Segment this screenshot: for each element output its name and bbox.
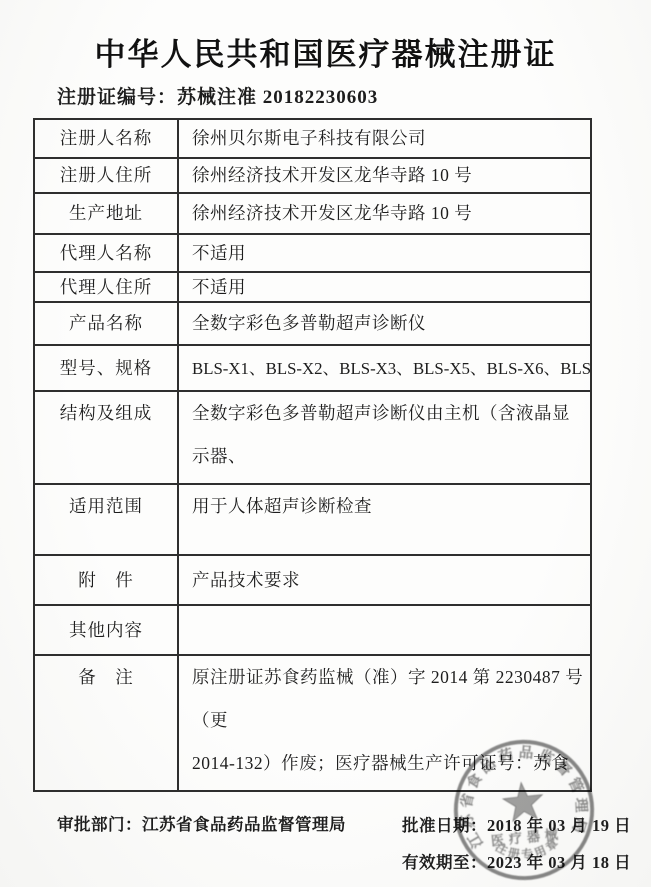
table-row: 型号、规格BLS-X1、BLS-X2、BLS-X3、BLS-X5、BLS-X6、… xyxy=(35,346,590,392)
row-label: 结构及组成 xyxy=(35,392,179,483)
table-row: 附 件产品技术要求 xyxy=(35,556,590,606)
row-value: 全数字彩色多普勒超声诊断仪 xyxy=(179,303,590,344)
row-value: 产品技术要求 xyxy=(179,556,590,604)
row-label-text: 附 件 xyxy=(78,559,134,602)
table-row: 结构及组成全数字彩色多普勒超声诊断仪由主机（含液晶显示器、 软件）和探头组成 xyxy=(35,392,590,485)
row-value: 全数字彩色多普勒超声诊断仪由主机（含液晶显示器、 软件）和探头组成 xyxy=(179,392,590,483)
row-value: 用于人体超声诊断检查 xyxy=(179,485,590,554)
row-value: 原注册证苏食药监械（准）字 2014 第 2230487 号（更 2014-13… xyxy=(179,656,590,790)
row-label-text: 型号、规格 xyxy=(60,347,153,390)
certificate-title: 中华人民共和国医疗器械注册证 xyxy=(0,29,651,74)
row-value-text: 徐州经济技术开发区龙华寺路 10 号 xyxy=(192,194,472,233)
registration-number-value: 苏械注准 20182230603 xyxy=(177,87,378,108)
valid-until-value: 2023 年 03 月 18 日 xyxy=(487,853,631,872)
table-row: 其他内容 xyxy=(35,606,590,656)
registration-number-label: 注册证编号： xyxy=(57,87,177,108)
row-label: 代理人住所 xyxy=(35,273,179,301)
row-value xyxy=(179,606,590,654)
row-value-text: 不适用 xyxy=(192,273,246,301)
table-row: 产品名称全数字彩色多普勒超声诊断仪 xyxy=(35,303,590,346)
row-label-text: 生产地址 xyxy=(69,192,143,235)
valid-until-line: 有效期至：2023 年 03 月 18 日 xyxy=(402,849,631,873)
certificate-page: 中华人民共和国医疗器械注册证 注册证编号：苏械注准 20182230603 注册… xyxy=(0,0,651,887)
valid-until-label: 有效期至： xyxy=(402,853,487,872)
row-value-text: 用于人体超声诊断检查 xyxy=(192,485,372,528)
row-label-text: 结构及组成 xyxy=(60,392,153,435)
row-value-text: 不适用 xyxy=(192,235,246,271)
row-value-text: BLS-X1、BLS-X2、BLS-X3、BLS-X5、BLS-X6、BLS-X… xyxy=(192,347,590,390)
row-value-text: 原注册证苏食药监械（准）字 2014 第 2230487 号（更 2014-13… xyxy=(192,656,584,790)
approval-date-label: 批准日期： xyxy=(402,816,487,835)
row-value-text: 徐州贝尔斯电子科技有限公司 xyxy=(192,120,426,157)
row-value: 徐州经济技术开发区龙华寺路 10 号 xyxy=(179,194,590,233)
row-value-text: 全数字彩色多普勒超声诊断仪 xyxy=(192,303,426,344)
table-row: 备 注原注册证苏食药监械（准）字 2014 第 2230487 号（更 2014… xyxy=(35,656,590,790)
row-value-text: 徐州经济技术开发区龙华寺路 10 号 xyxy=(192,159,472,192)
row-label: 型号、规格 xyxy=(35,346,179,390)
approval-date-value: 2018 年 03 月 19 日 xyxy=(487,816,631,835)
table-row: 注册人住所徐州经济技术开发区龙华寺路 10 号 xyxy=(35,159,590,194)
row-label: 产品名称 xyxy=(35,303,179,344)
table-row: 代理人住所不适用 xyxy=(35,273,590,303)
row-value-text: 产品技术要求 xyxy=(192,559,300,602)
row-label: 其他内容 xyxy=(35,606,179,654)
approval-dept-line: 审批部门：江苏省食品药品监督管理局 xyxy=(57,811,346,835)
row-label: 注册人住所 xyxy=(35,159,179,192)
row-value: BLS-X1、BLS-X2、BLS-X3、BLS-X5、BLS-X6、BLS-X… xyxy=(179,346,590,390)
table-row: 生产地址徐州经济技术开发区龙华寺路 10 号 xyxy=(35,194,590,235)
certificate-table-body: 注册人名称徐州贝尔斯电子科技有限公司注册人住所徐州经济技术开发区龙华寺路 10 … xyxy=(35,120,590,790)
row-label: 适用范围 xyxy=(35,485,179,554)
approval-date-line: 批准日期：2018 年 03 月 19 日 xyxy=(402,812,631,836)
row-value-text: 全数字彩色多普勒超声诊断仪由主机（含液晶显示器、 软件）和探头组成 xyxy=(192,392,584,483)
row-label-text: 注册人住所 xyxy=(60,154,153,197)
row-value: 不适用 xyxy=(179,273,590,301)
registration-number-line: 注册证编号：苏械注准 20182230603 xyxy=(57,82,378,109)
row-label-text: 其他内容 xyxy=(69,609,143,652)
row-label-text: 产品名称 xyxy=(69,302,143,345)
row-label-text: 备 注 xyxy=(78,656,134,699)
row-label: 备 注 xyxy=(35,656,179,790)
row-label: 注册人名称 xyxy=(35,120,179,157)
row-label: 附 件 xyxy=(35,556,179,604)
certificate-table: 注册人名称徐州贝尔斯电子科技有限公司注册人住所徐州经济技术开发区龙华寺路 10 … xyxy=(33,118,592,792)
approval-dept-value: 江苏省食品药品监督管理局 xyxy=(142,815,346,834)
row-value: 徐州贝尔斯电子科技有限公司 xyxy=(179,120,590,157)
row-label-text: 适用范围 xyxy=(69,485,143,528)
row-value: 徐州经济技术开发区龙华寺路 10 号 xyxy=(179,159,590,192)
row-label: 生产地址 xyxy=(35,194,179,233)
table-row: 适用范围用于人体超声诊断检查 xyxy=(35,485,590,556)
row-value: 不适用 xyxy=(179,235,590,271)
approval-dept-label: 审批部门： xyxy=(57,815,142,834)
